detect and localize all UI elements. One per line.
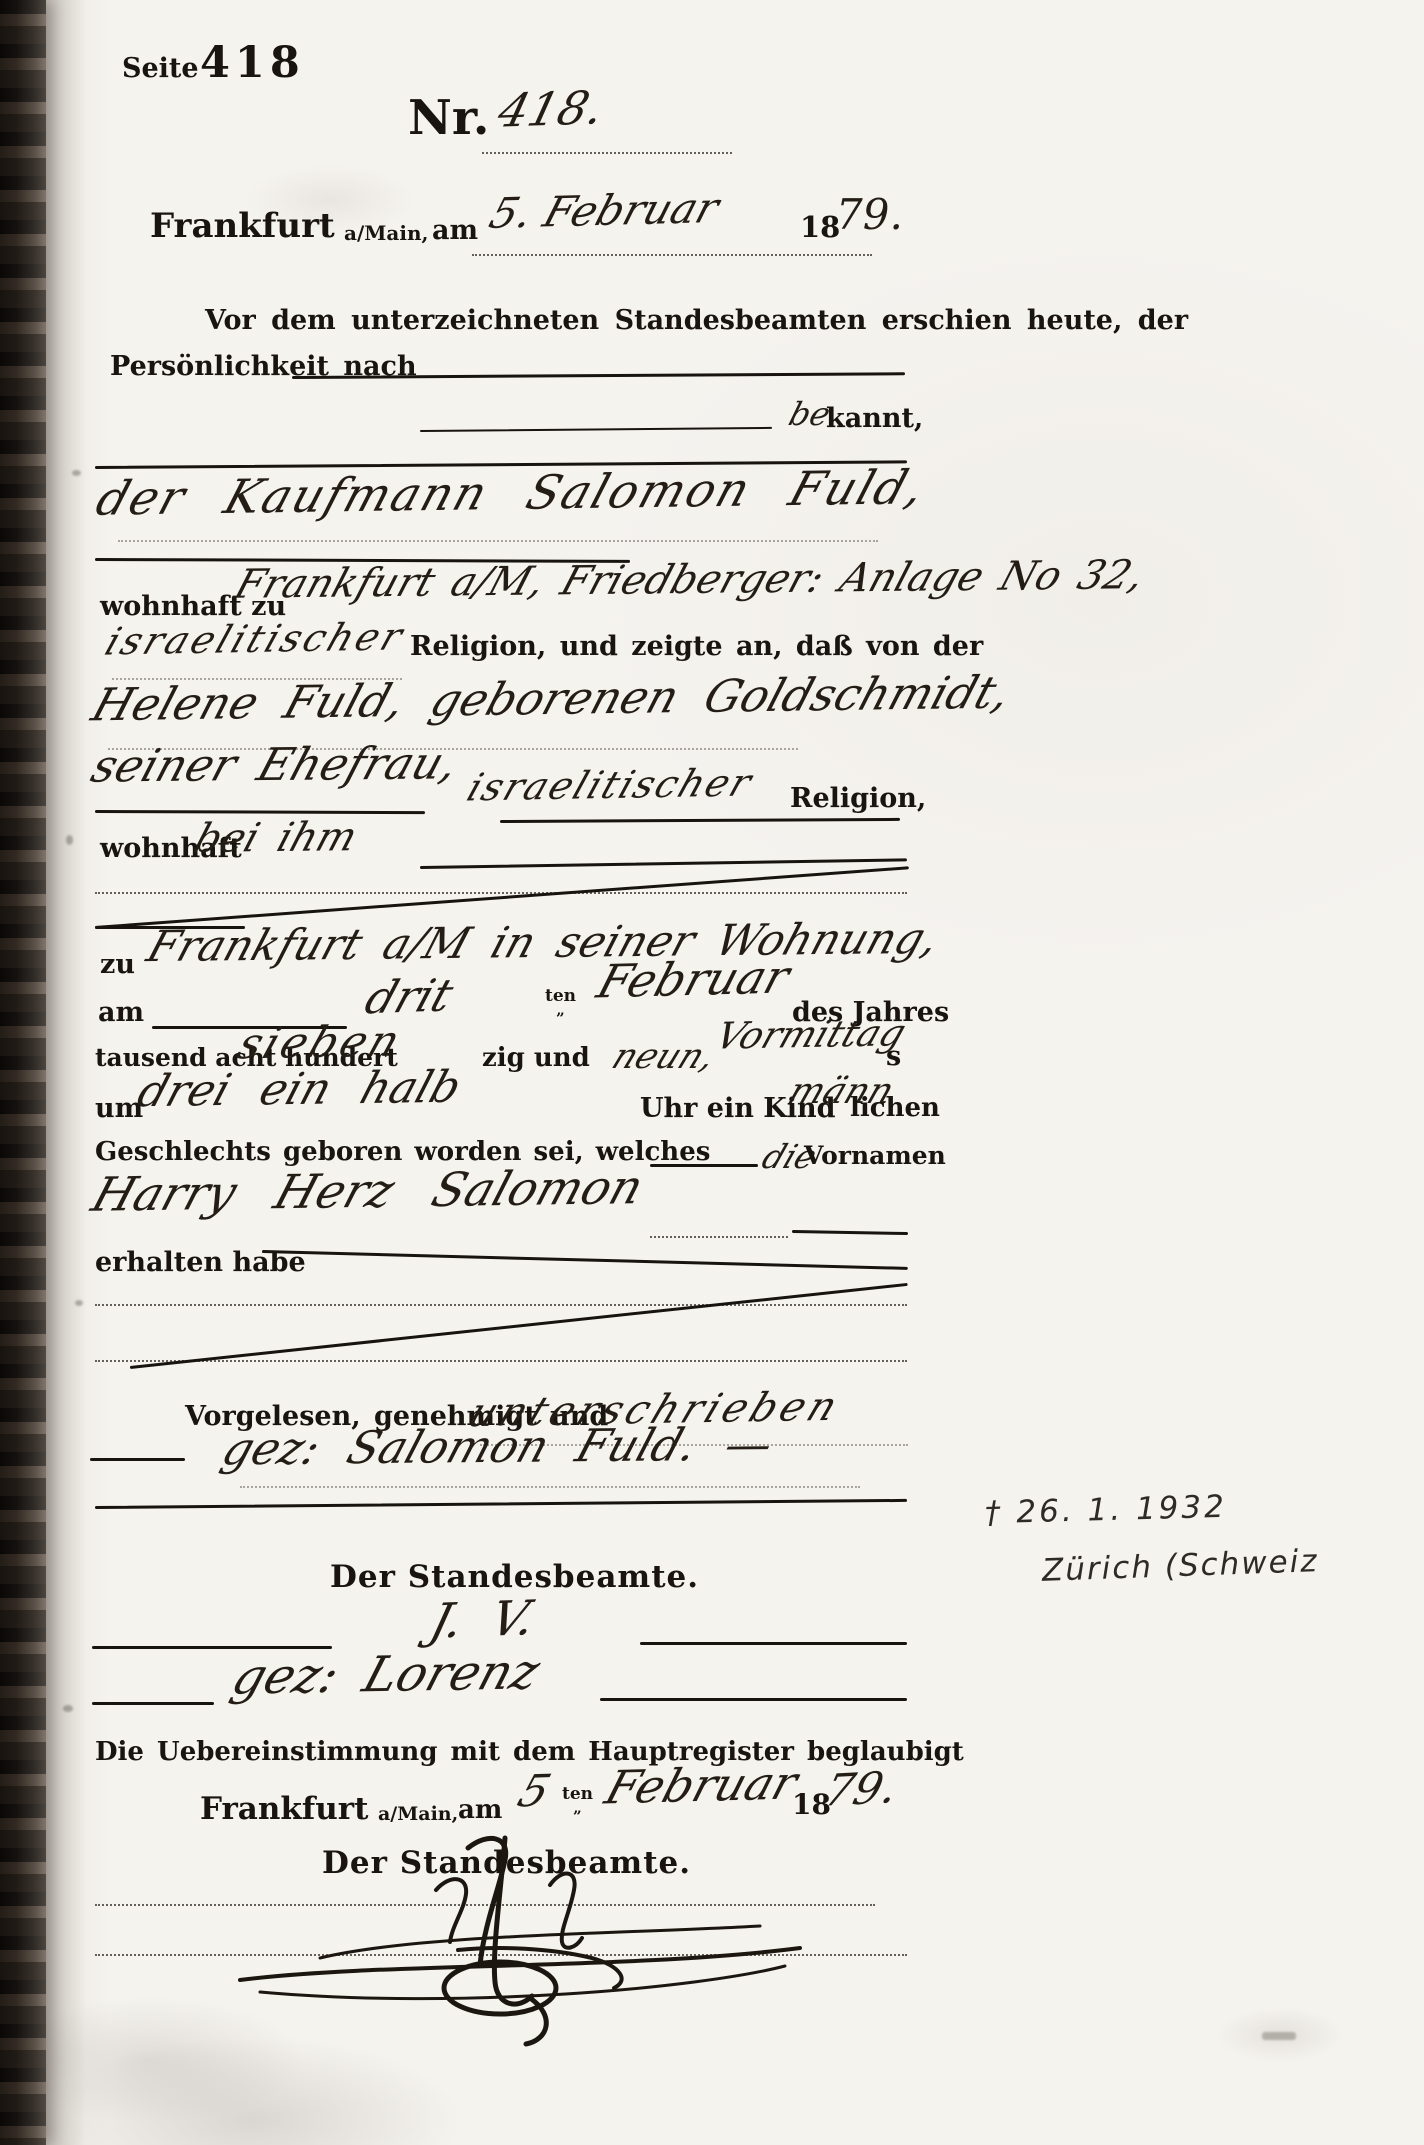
ehefrau-handwritten: seiner Ehefrau, (86, 740, 464, 788)
ten-suffix: ten„ (545, 990, 576, 1016)
margin-note-death-date: † 26. 1. 1932 (985, 1489, 1228, 1531)
ruled-line (500, 818, 900, 823)
scan-speckle (63, 1705, 73, 1712)
religion2-printed: Religion, (790, 784, 926, 814)
declarant-name-handwritten: der Kaufmann Salomon Fuld, (91, 464, 932, 522)
ruled-line (95, 1499, 907, 1509)
vornamen-printed: Vornamen (804, 1142, 946, 1170)
ruled-line (640, 1642, 907, 1645)
scan-speckle (75, 1300, 83, 1306)
ruled-line (600, 1698, 907, 1701)
page-number: 418 (200, 40, 305, 87)
year-handwritten-2: neun, (607, 1040, 721, 1075)
year-handwritten-1: sieben (232, 1021, 408, 1067)
certification-main: a/Main, (378, 1804, 458, 1825)
certification-ten-suffix: ten„ (562, 1788, 593, 1814)
ruled-line (90, 1458, 185, 1461)
ruled-line (118, 540, 878, 542)
birthdate-am-label: am (98, 998, 144, 1028)
year-printed-3: s (886, 1042, 901, 1072)
certification-city: Frankfurt (200, 1792, 368, 1826)
birth-day-handwritten: drit (360, 973, 459, 1021)
scan-smudge-mark (1262, 2032, 1296, 2040)
dateline-am: am (432, 216, 478, 246)
residence2-value-handwritten: bei ihm (189, 817, 361, 859)
ruled-line (92, 1702, 214, 1705)
record-number-label: Nr. (408, 92, 489, 145)
ruled-line (95, 892, 907, 894)
ruled-line (482, 152, 732, 154)
religion2-handwritten: israelitischer (463, 764, 759, 807)
certification-printed: Die Uebereinstimmung mit dem Hauptregist… (95, 1738, 964, 1767)
dateline-year-printed: 18 (800, 212, 840, 244)
religion1-handwritten: israelitischer (101, 617, 411, 660)
ruled-line (262, 1250, 908, 1270)
margin-note-death-place: Zürich (Schweiz (1041, 1543, 1319, 1589)
bekannt-printed: kannt, (826, 404, 923, 434)
gender-printed: lichen (850, 1094, 940, 1123)
ruled-line (472, 254, 872, 256)
vormittag-handwritten: Vormittag (711, 1014, 911, 1054)
gez-declarant-handwritten: gez: Salomon Fuld. — (217, 1422, 779, 1472)
ruled-line (95, 810, 425, 814)
dateline-date-handwritten: 5. Februar (485, 187, 724, 235)
certification-year-handwritten: 79. (820, 1766, 901, 1814)
given-names-handwritten: Harry Herz Salomon (86, 1164, 648, 1219)
ruled-line (240, 1486, 860, 1488)
dateline-year-handwritten: 79. (836, 194, 903, 236)
page-label: Seite (122, 54, 199, 84)
ruled-line (420, 858, 907, 869)
ruled-line (95, 1304, 907, 1306)
certification-am: am (458, 1796, 502, 1825)
record-number-value: 418. (494, 84, 609, 134)
scan-speckle (66, 835, 73, 845)
certification-day-handwritten: 5 (513, 1770, 556, 1815)
registrar1-name-handwritten: gez: Lorenz (227, 1647, 546, 1701)
birthplace-value-handwritten: Frankfurt a/M in seiner Wohnung, (142, 918, 944, 969)
ruled-line (792, 1230, 908, 1235)
scanned-birth-record-page: Seite 418 Nr. 418. Frankfurt a/Main, am … (0, 0, 1424, 2145)
registrar1-title: Der Standesbeamte. (330, 1560, 699, 1594)
birth-month-handwritten: Februar (592, 954, 794, 1005)
religion1-printed: Religion, und zeigte an, daß von der (410, 632, 983, 662)
scan-speckle (72, 470, 81, 476)
book-binding-shadow (46, 0, 86, 2145)
registrar-signature-flourish (200, 1830, 840, 2060)
dateline-city: Frankfurt (150, 208, 335, 245)
ruled-line (650, 1164, 758, 1167)
year-printed-2: zig und (482, 1044, 590, 1073)
book-binding-edge (0, 0, 46, 2145)
intro-line1: Vor dem unterzeichneten Standesbeamten e… (205, 306, 1188, 336)
ruled-line (650, 1236, 788, 1238)
birthplace-label: zu (100, 950, 135, 980)
mother-name-handwritten: Helene Fuld, geborenen Goldschmidt, (87, 670, 1016, 728)
certification-month-handwritten: Februar (600, 1760, 802, 1811)
ruled-line (420, 427, 772, 432)
residence-value-handwritten: Frankfurt a/M, Friedberger: Anlage No 32… (230, 555, 1149, 604)
time-value-handwritten: drei ein halb (132, 1066, 466, 1114)
registrar1-initials-handwritten: J. V. (425, 1594, 540, 1646)
dateline-main: a/Main, (344, 222, 428, 244)
ruled-line (95, 1360, 907, 1362)
cancellation-stroke (130, 1283, 908, 1369)
